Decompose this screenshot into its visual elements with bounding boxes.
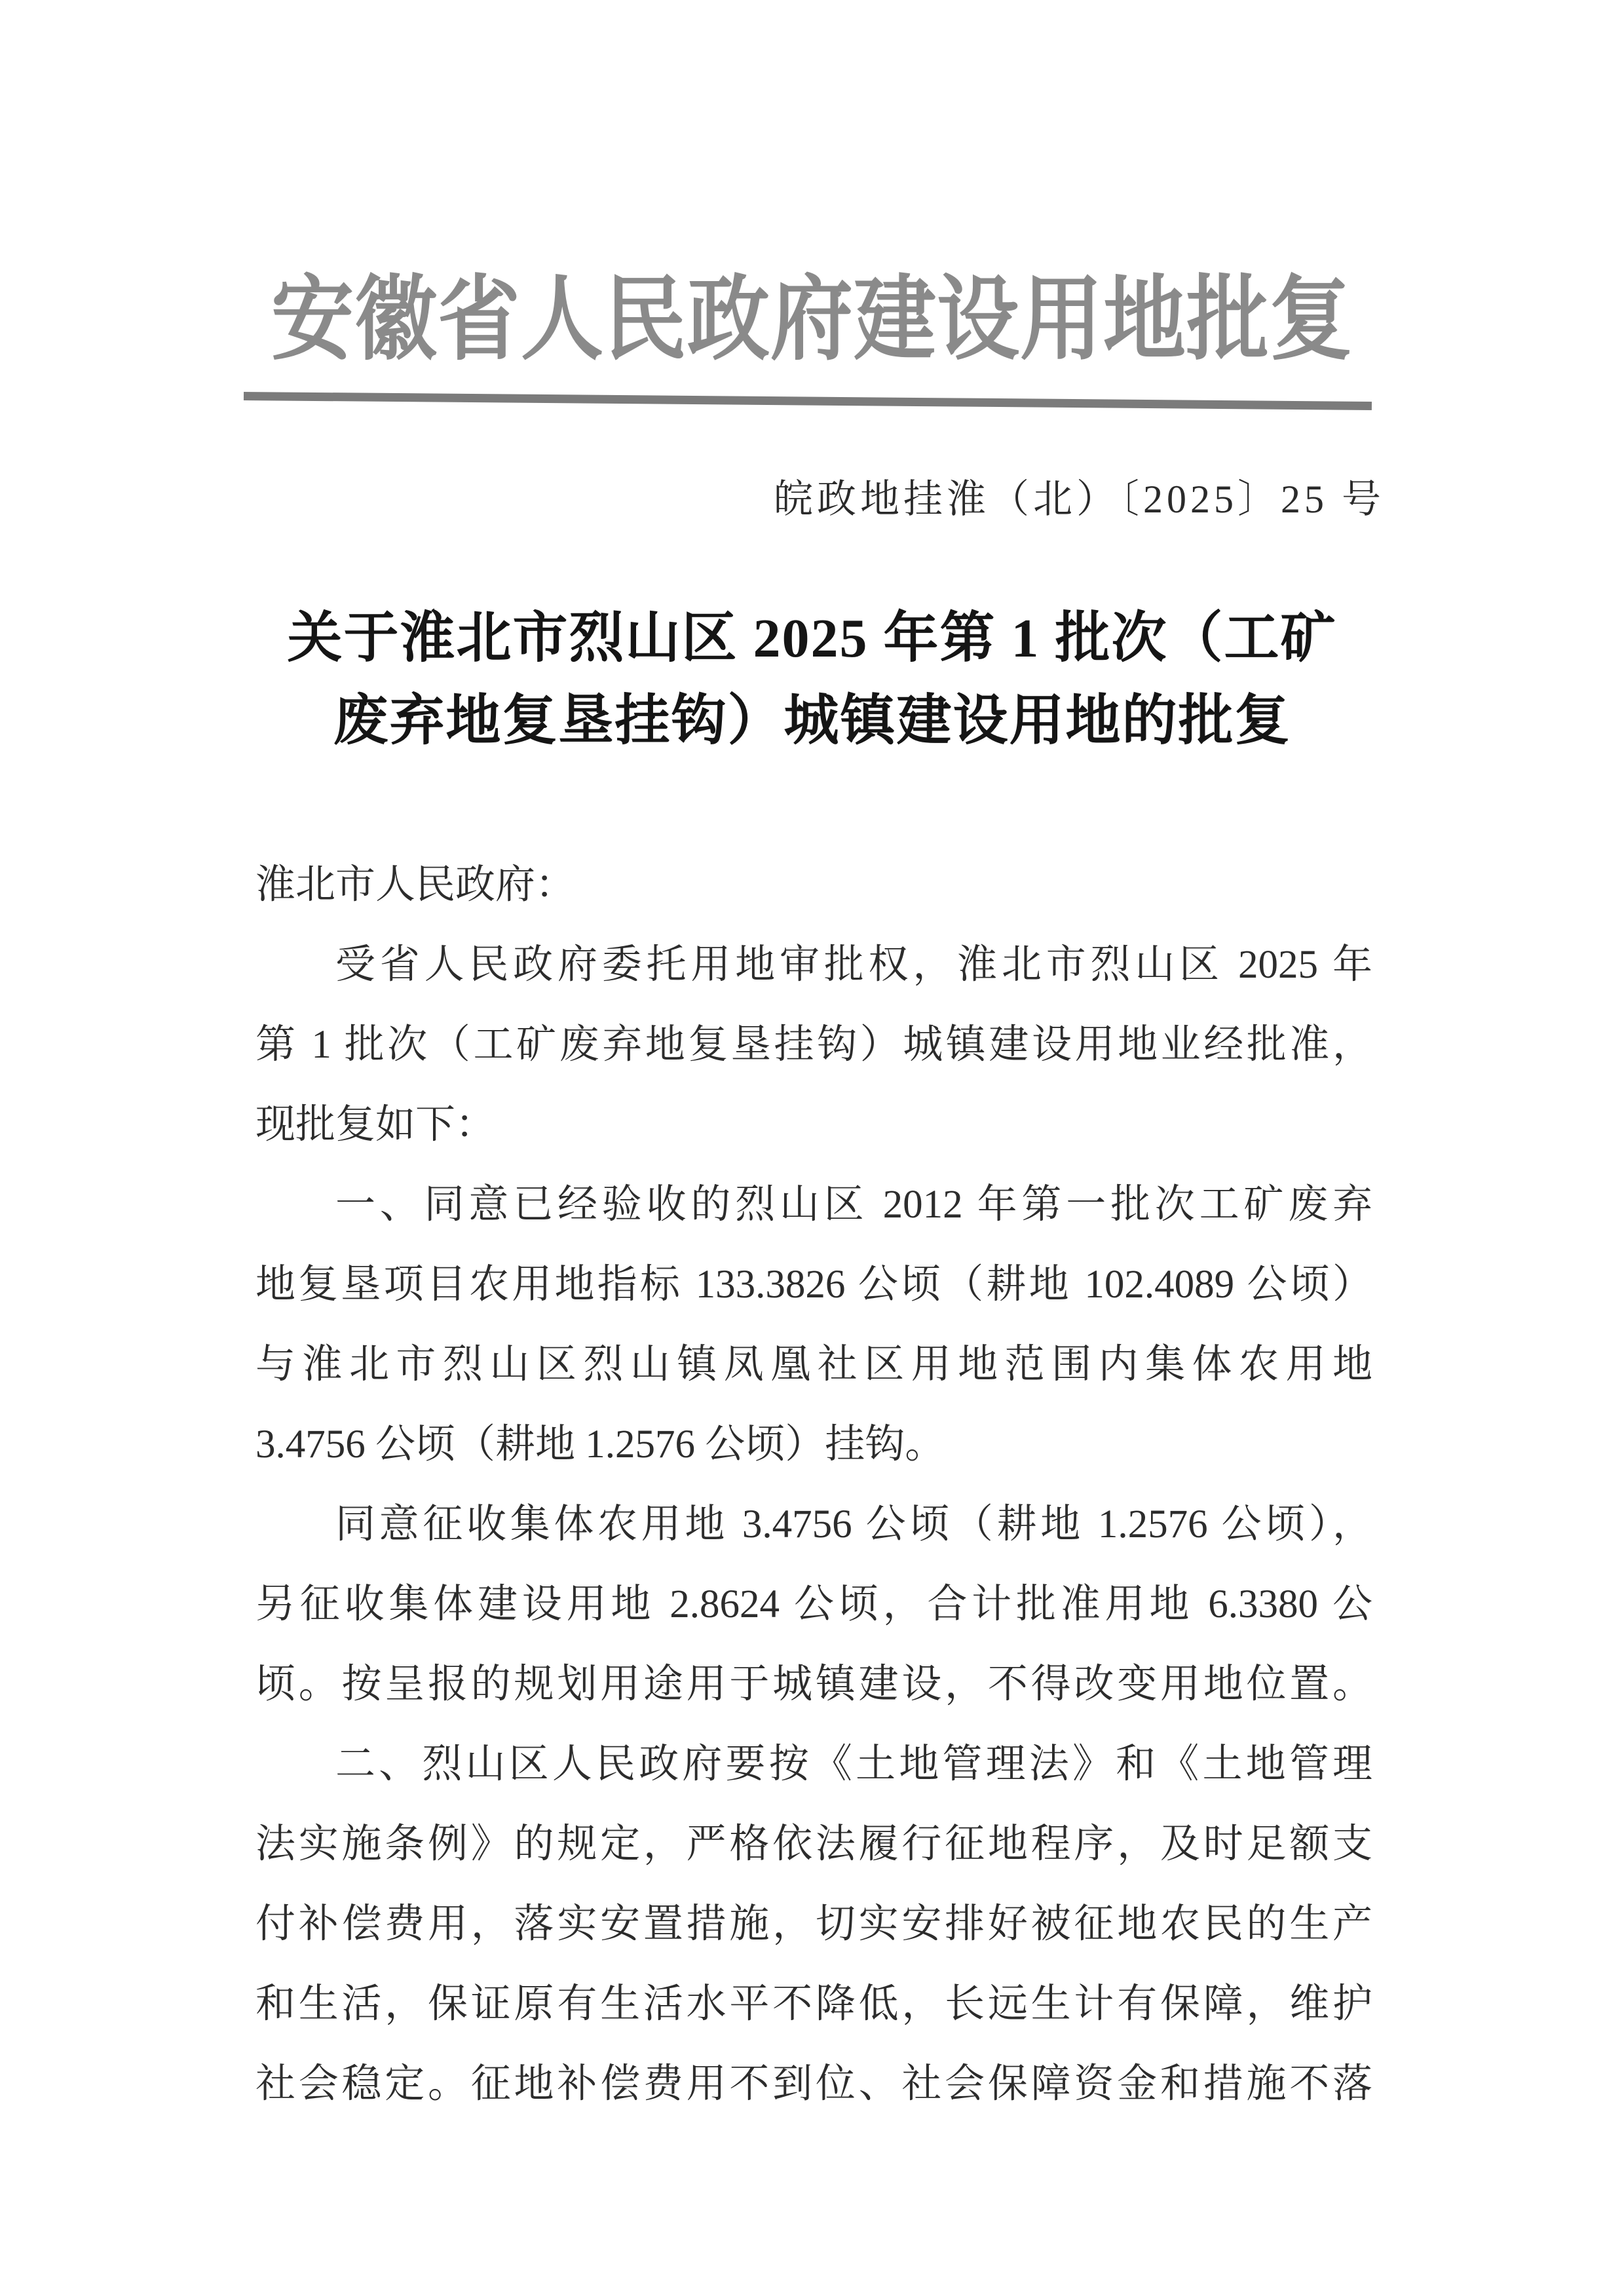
body-line: 另征收集体建设用地 2.8624 公顷，合计批准用地 6.3380 公: [255, 1565, 1372, 1645]
body-line: 社会稳定。征地补偿费用不到位、社会保障资金和措施不落: [255, 2044, 1372, 2124]
document-title-line-2: 废弃地复垦挂钩）城镇建设用地的批复: [0, 680, 1624, 763]
document-page: 安徽省人民政府建设用地批复 皖政地挂淮（北）〔2025〕25 号 关于淮北市烈山…: [0, 0, 1624, 2296]
document-number: 皖政地挂淮（北）〔2025〕25 号: [774, 473, 1385, 526]
masthead-org-title: 安徽省人民政府建设用地批复: [0, 261, 1624, 381]
body-line: 地复垦项目农用地指标 133.3826 公顷（耕地 102.4089 公顷）: [255, 1245, 1372, 1325]
body-line: 一、同意已经验收的烈山区 2012 年第一批次工矿废弃: [255, 1165, 1372, 1245]
document-body: 淮北市人民政府： 受省人民政府委托用地审批权，淮北市烈山区 2025 年 第 1…: [255, 845, 1372, 2124]
body-line: 付补偿费用，落实安置措施，切实安排好被征地农民的生产: [255, 1885, 1372, 1964]
body-line: 法实施条例》的规定，严格依法履行征地程序，及时足额支: [255, 1805, 1372, 1885]
body-line: 与淮北市烈山区烈山镇凤凰社区用地范围内集体农用地: [255, 1325, 1372, 1405]
document-title: 关于淮北市烈山区 2025 年第 1 批次（工矿 废弃地复垦挂钩）城镇建设用地的…: [0, 598, 1624, 763]
body-line: 二、烈山区人民政府要按《土地管理法》和《土地管理: [255, 1725, 1372, 1805]
body-line: 3.4756 公顷（耕地 1.2576 公顷）挂钩。: [255, 1405, 1372, 1485]
document-title-line-1: 关于淮北市烈山区 2025 年第 1 批次（工矿: [0, 598, 1624, 680]
body-line: 同意征收集体农用地 3.4756 公顷（耕地 1.2576 公顷），: [255, 1485, 1372, 1565]
masthead-divider-rule: [244, 392, 1372, 410]
body-line: 和生活，保证原有生活水平不降低，长远生计有保障，维护: [255, 1964, 1372, 2044]
body-line: 现批复如下：: [255, 1085, 1372, 1165]
body-line: 顷。按呈报的规划用途用于城镇建设，不得改变用地位置。: [255, 1645, 1372, 1725]
addressee-line: 淮北市人民政府：: [255, 845, 1372, 925]
body-line: 第 1 批次（工矿废弃地复垦挂钩）城镇建设用地业经批准，: [255, 1005, 1372, 1085]
body-line: 受省人民政府委托用地审批权，淮北市烈山区 2025 年: [255, 925, 1372, 1005]
